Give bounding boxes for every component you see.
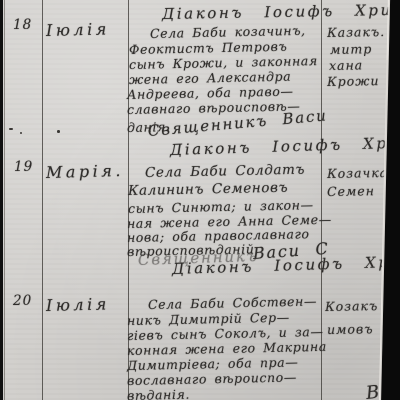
- entry-18-name: Іюлія: [46, 19, 110, 40]
- entry-19-body-line: Села Баби Солдатъ: [145, 162, 305, 181]
- entry-19-name: Марія.: [46, 161, 124, 182]
- entry-18-witness-line: митр: [330, 41, 373, 57]
- entry-18-number: 18: [13, 17, 32, 33]
- entry-20-number: 20: [13, 293, 32, 309]
- entry-19-body-line: Калининъ Семеновъ: [128, 180, 288, 199]
- handwriting-layer: Діаконъ Іосифъ Хри 18 Іюлія Села Баби ко…: [0, 0, 400, 400]
- entry-20-body-line: вославнаго вѣроиспо—: [127, 369, 297, 388]
- entry-18-witness-line: хана: [329, 57, 363, 73]
- ink-speck: [20, 132, 22, 134]
- scan-right-edge: [374, 0, 400, 400]
- scan-left-edge: [0, 0, 3, 400]
- entry-19-witness-line: Семен: [327, 183, 375, 199]
- entry-20-name: Іюлія: [46, 294, 110, 315]
- register-page-scan: Діаконъ Іосифъ Хри 18 Іюлія Села Баби ко…: [0, 0, 400, 400]
- entry-18-clergy-line: Діаконъ Іосифъ Хран: [170, 133, 400, 159]
- entry-20-witness-line: Козакъ: [325, 298, 379, 314]
- entry-20-body-line: вѣданія.: [127, 387, 190, 400]
- ink-speck: [9, 128, 13, 130]
- entry-19-number: 19: [14, 159, 33, 175]
- entry-18-witness-line: Крожи: [327, 73, 380, 89]
- clergy-line-top-fragment: Діаконъ Іосифъ Хри: [162, 1, 393, 23]
- entry-20-witness-line: имовъ: [327, 321, 374, 337]
- ink-speck: [57, 130, 60, 133]
- entry-20-body-line: Села Баби Собствен—: [148, 293, 317, 312]
